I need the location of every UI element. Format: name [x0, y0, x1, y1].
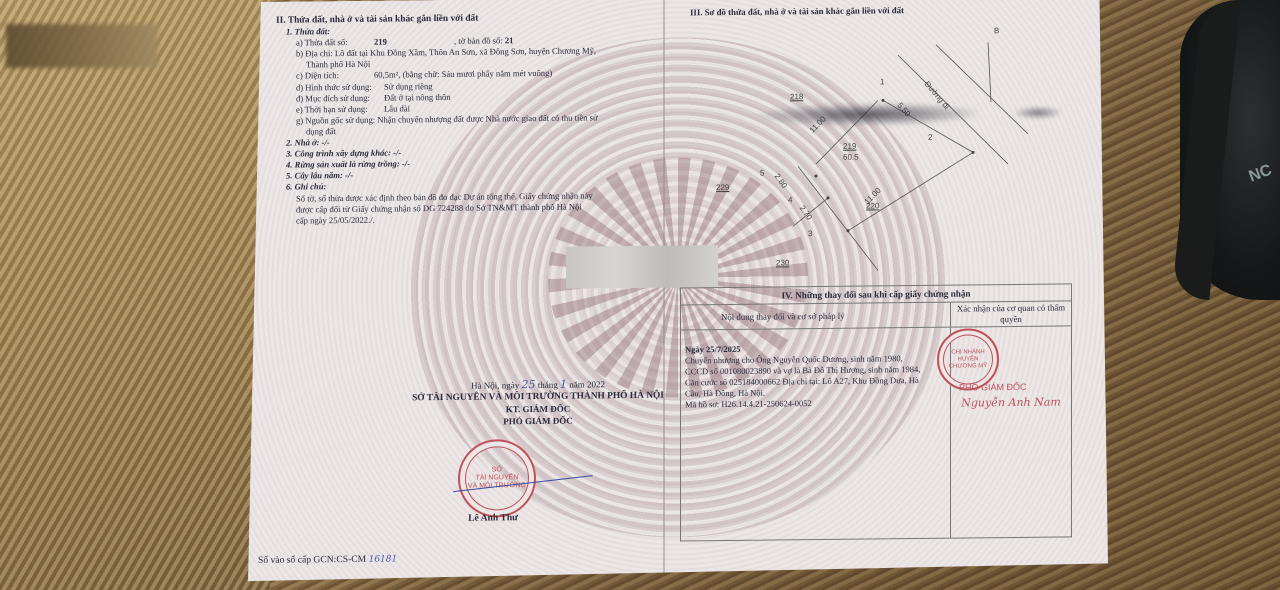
neighbor-parcel-229: 229	[716, 183, 729, 192]
area-value: 60,5m², (bằng chữ: Sáu mươi phẩy năm mét…	[374, 68, 552, 81]
bag-strap	[1171, 0, 1241, 300]
point-1: 1	[880, 77, 884, 86]
purpose-value: Đất ở tại nông thôn	[384, 92, 451, 104]
north-arrow-label: B	[994, 26, 999, 35]
redacted-area	[566, 245, 718, 289]
col-right-header: Xác nhận của cơ quan có thẩm quyền	[951, 301, 1071, 327]
parcel-diagram	[688, 23, 1088, 277]
neighbor-parcel-218: 218	[790, 92, 803, 101]
parcel-number: 219	[374, 36, 454, 48]
authority-signer: Nguyễn Anh Nam	[951, 396, 1071, 408]
blurred-watermark	[6, 24, 158, 68]
point-4: 4	[788, 195, 792, 204]
registry-handwritten-number: 16181	[369, 554, 398, 564]
authority-role: PHÓ GIÁM ĐỐC	[959, 382, 1027, 393]
change-entry: Ngày 25/7/2025 Chuyển nhượng cho Ông Ngu…	[685, 342, 946, 411]
signing-month: 1	[560, 378, 567, 391]
change-content-column: Nội dung thay đổi và cơ sở pháp lý Ngày …	[681, 303, 951, 541]
section-parcel-info: II. Thửa đất, nhà ở và tài sản khác gắn …	[276, 12, 666, 227]
point-2: 2	[928, 133, 932, 142]
use-form-value: Sử dụng riêng	[384, 81, 433, 93]
changes-table: IV. Những thay đổi sau khi cấp giấy chứn…	[680, 283, 1072, 541]
registry-number: Số vào sổ cấp GCN:CS-CM 16181	[258, 553, 397, 565]
bag-logo: NC	[1247, 162, 1275, 187]
black-bag: NC	[1180, 0, 1280, 300]
fabric-background	[0, 0, 270, 590]
origin-value: Nhận chuyển nhượng đất được Nhà nước gia…	[377, 112, 597, 125]
point-5: 5	[760, 169, 764, 178]
neighbor-parcel-230: 230	[776, 258, 789, 267]
ink-smudge-small	[1013, 105, 1063, 120]
signing-day: 25	[522, 378, 536, 391]
point-3: 3	[808, 229, 812, 238]
file-code: Mã hồ sơ: H26.14.4.21-250624-0052	[685, 397, 946, 411]
section3-title: III. Sơ đồ thửa đất, nhà ở và tài sản kh…	[690, 5, 904, 17]
signing-block: Hà Nội, ngày 25 tháng 1 năm 2022 SỞ TÀI …	[393, 377, 683, 428]
map-sheet-number: 21	[505, 35, 514, 46]
land-use-certificate: II. Thửa đất, nhà ở và tài sản khác gắn …	[248, 0, 1108, 584]
official-red-stamp: SỞ TÀI NGUYÊN VÀ MÔI TRƯỜNG	[458, 439, 536, 518]
parcel-number-label: 219	[843, 142, 856, 151]
signer-name: Lê Anh Thư	[433, 512, 553, 524]
authority-confirmation-column: Xác nhận của cơ quan có thẩm quyền CHI N…	[951, 301, 1071, 537]
col-left-header: Nội dung thay đổi và cơ sở pháp lý	[681, 303, 950, 331]
term-value: Lâu dài	[384, 103, 410, 114]
ink-smudge	[758, 102, 978, 126]
parcel-area-label: 60.5	[843, 153, 859, 162]
